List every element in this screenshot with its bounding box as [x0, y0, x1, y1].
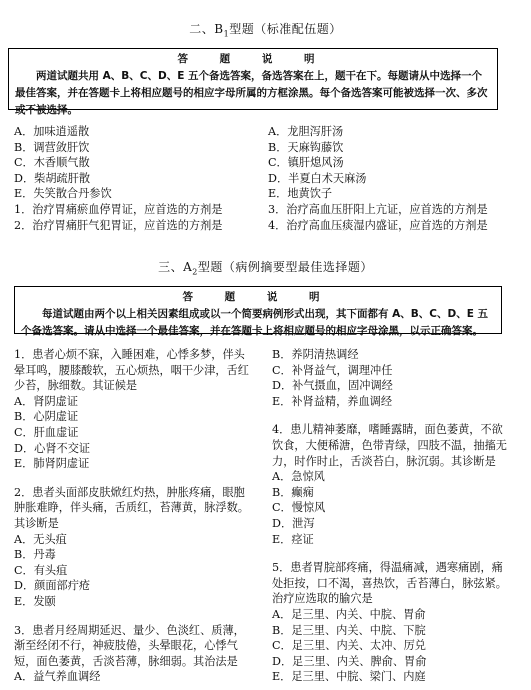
section3-title-suffix: 型题（病例摘要型最佳选择题）	[198, 260, 373, 274]
option: D．补气摄血，固冲调经	[272, 378, 514, 394]
option: B．丹毒	[14, 547, 254, 563]
option: D．颜面部疔疮	[14, 578, 254, 594]
question-stem: 5．患者胃脘部疼痛，得温痛减，遇寒痛剧，痛处拒按，口不渴，喜热饮，舌苔薄白，脉弦…	[272, 560, 514, 607]
option: D．半夏白术天麻汤	[268, 171, 518, 187]
option: B．养阴清热调经	[272, 347, 514, 363]
option: B．调营敛肝饮	[14, 140, 254, 156]
option: E．发颐	[14, 594, 254, 610]
option: D．足三里、内关、脾俞、胃俞	[272, 654, 514, 670]
section2-title: 二、B1型题（标准配伍题）	[0, 20, 531, 38]
option: D．泄泻	[272, 516, 514, 532]
section3-box-text: 每道试题由两个以上相关因素组成或以一个简要病例形式出现，其下面都有 A、B、C、…	[21, 306, 495, 340]
question: 1．治疗胃痛瘀血停胃证，应首选的方剂是	[14, 202, 254, 218]
question-stem: 4．患儿精神萎靡，嗜睡露睛，面色萎黄，不欲饮食，大便稀溏，色带青绿，四肢不温，抽…	[272, 422, 514, 469]
section3-title: 三、A2型题（病例摘要型最佳选择题）	[0, 258, 531, 276]
section2-right-column: A．龙胆泻肝汤 B．天麻钩藤饮 C．镇肝熄风汤 D．半夏白术天麻汤 E．地黄饮子…	[268, 124, 518, 233]
option: A．龙胆泻肝汤	[268, 124, 518, 140]
option: B．天麻钩藤饮	[268, 140, 518, 156]
option: E．失笑散合丹参饮	[14, 186, 254, 202]
option: C．肝血虚证	[14, 425, 254, 441]
section3-instructions-box: 答 题 说 明 每道试题由两个以上相关因素组成或以一个简要病例形式出现，其下面都…	[14, 286, 502, 334]
option: A．益气养血调经	[14, 669, 254, 685]
section2-left-column: A．加味逍遥散 B．调营敛肝饮 C．木香顺气散 D．柴胡疏肝散 E．失笑散合丹参…	[14, 124, 254, 233]
option: A．加味逍遥散	[14, 124, 254, 140]
option: B．足三里、内关、中脘、下脘	[272, 623, 514, 639]
option: C．补肾益气，调理冲任	[272, 363, 514, 379]
option: E．地黄饮子	[268, 186, 518, 202]
section3-title-prefix: 三、A	[158, 260, 192, 274]
section3-left-column: 1．患者心烦不寐，入睡困难，心悸多梦，伴头晕耳鸣，腰膝酸软，五心烦热，咽干少津，…	[14, 347, 254, 685]
option: A．无头疽	[14, 532, 254, 548]
option: C．镇肝熄风汤	[268, 155, 518, 171]
section3-right-column: B．养阴清热调经 C．补肾益气，调理冲任 D．补气摄血，固冲调经 E．补肾益精，…	[272, 347, 514, 685]
question: 2．治疗胃痛肝气犯胃证，应首选的方剂是	[14, 218, 254, 234]
option: B．心阴虚证	[14, 409, 254, 425]
option: E．足三里、中脘、梁门、内庭	[272, 669, 514, 685]
section2-instructions-box: 答 题 说 明 两道试题共用 A、B、C、D、E 五个备选答案，备选答案在上，题…	[8, 48, 498, 110]
option: E．补肾益精，养血调经	[272, 394, 514, 410]
section2-title-prefix: 二、B	[189, 22, 223, 36]
option: C．慢惊风	[272, 500, 514, 516]
option: C．木香顺气散	[14, 155, 254, 171]
option: A．肾阴虚证	[14, 394, 254, 410]
question: 3．治疗高血压肝阳上亢证，应首选的方剂是	[268, 202, 518, 218]
section2-title-suffix: 型题（标准配伍题）	[229, 22, 342, 36]
option: C．足三里、内关、太冲、厉兑	[272, 638, 514, 654]
option: D．柴胡疏肝散	[14, 171, 254, 187]
section2-box-text: 两道试题共用 A、B、C、D、E 五个备选答案，备选答案在上，题干在下。每题请从…	[15, 68, 491, 119]
option: A．急惊风	[272, 469, 514, 485]
option: E．痉证	[272, 532, 514, 548]
option: D．心肾不交证	[14, 441, 254, 457]
option: C．有头疽	[14, 563, 254, 579]
option: B．癫痫	[272, 485, 514, 501]
option: E．肺肾阴虚证	[14, 456, 254, 472]
question: 4．治疗高血压痰湿内盛证，应首选的方剂是	[268, 218, 518, 234]
question-stem: 2．患者头面部皮肤焮红灼热，肿胀疼痛，眼胞肿胀难睁，伴头痛，舌质红，苔薄黄，脉浮…	[14, 485, 254, 532]
section2-box-title: 答 题 说 明	[15, 51, 491, 68]
question-stem: 1．患者心烦不寐，入睡困难，心悸多梦，伴头晕耳鸣，腰膝酸软，五心烦热，咽干少津，…	[14, 347, 254, 394]
section3-box-title: 答 题 说 明	[21, 289, 495, 306]
question-stem: 3．患者月经周期延迟、量少、色淡红、质薄，渐至经闭不行，神疲肢倦，头晕眼花，心悸…	[14, 623, 254, 670]
option: A．足三里、内关、中脘、胃俞	[272, 607, 514, 623]
